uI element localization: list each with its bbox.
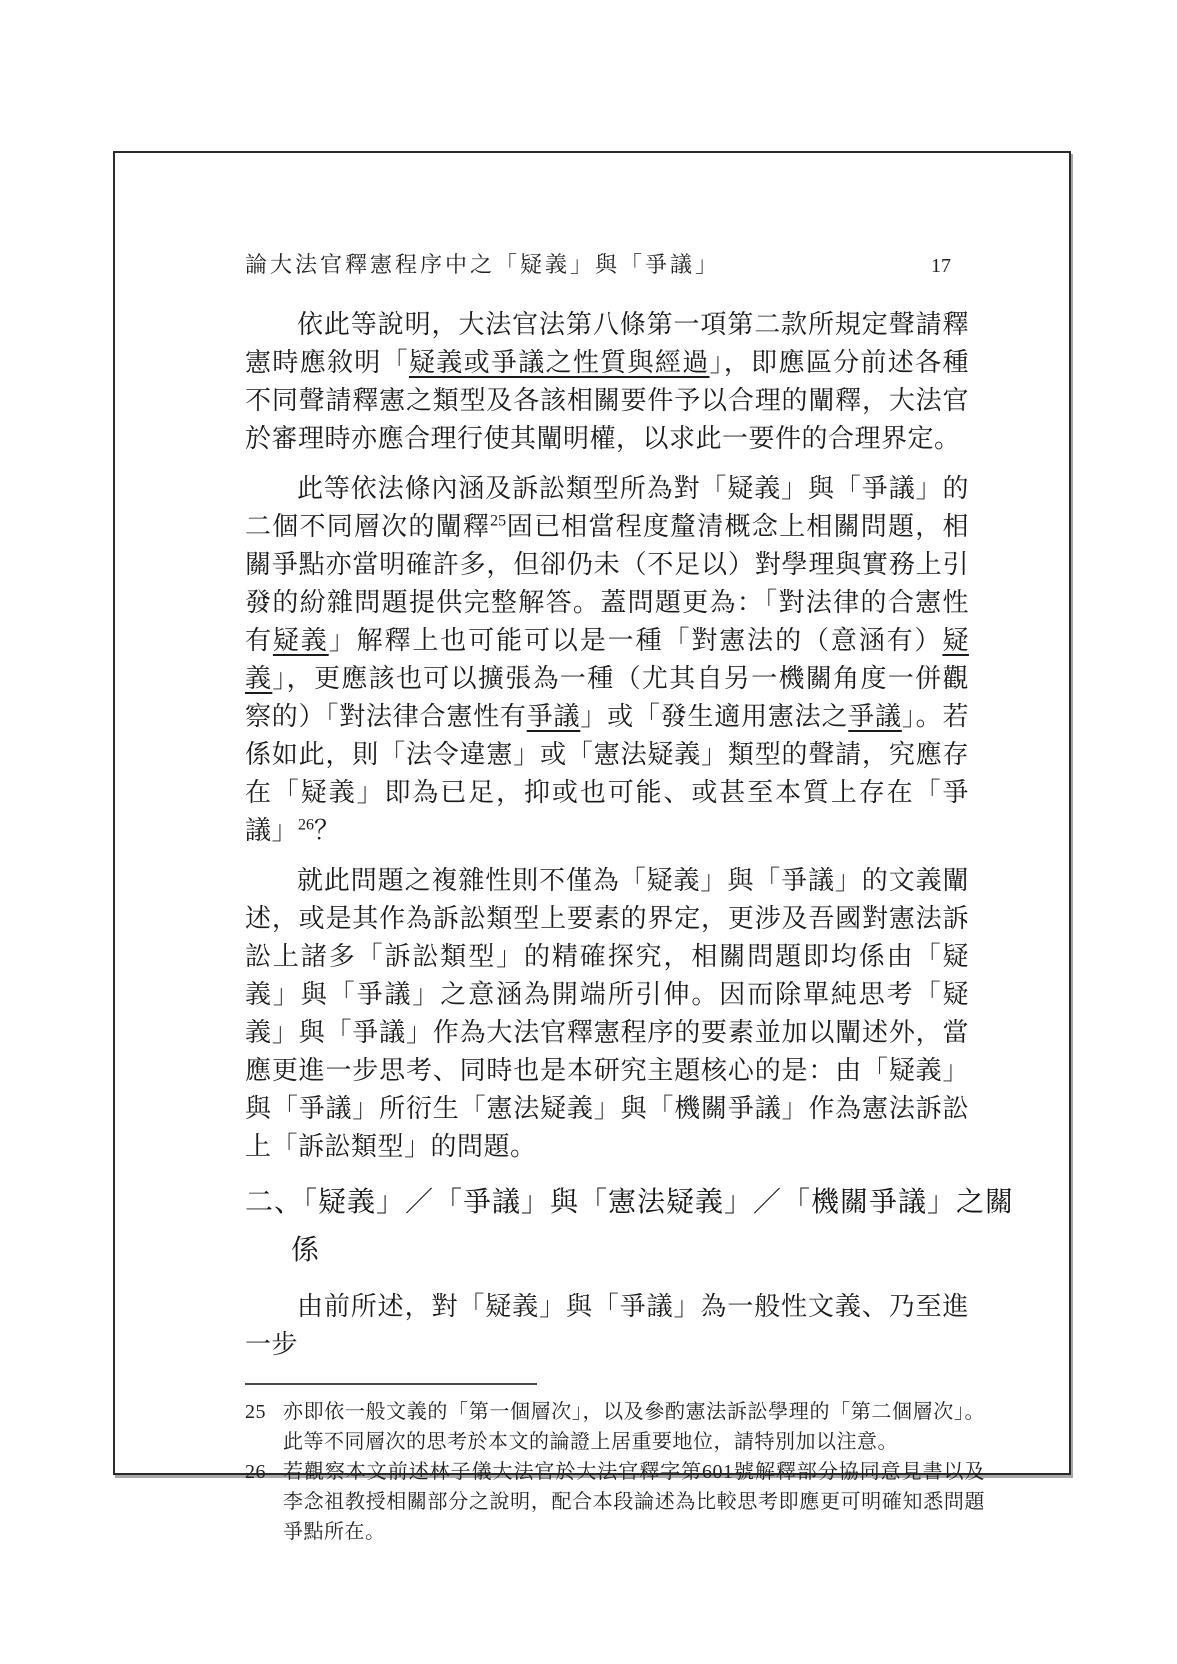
- footnote-number: 25: [245, 1397, 283, 1457]
- paragraph: 依此等說明，大法官法第八條第一項第二款所規定聲請釋憲時應敘明「疑義或爭議之性質與…: [245, 305, 969, 457]
- body-text: 依此等說明，大法官法第八條第一項第二款所規定聲請釋憲時應敘明「疑義或爭議之性質與…: [245, 305, 969, 1165]
- running-title: 論大法官釋憲程序中之「疑義」與「爭議」: [245, 248, 720, 279]
- paragraph: 此等依法條內涵及訴訟類型所為對「疑義」與「爭議」的二個不同層次的闡釋25固已相當…: [245, 469, 969, 849]
- underlined-term: 疑義或爭議之性質與經過: [409, 347, 710, 377]
- footnote: 26若觀察本文前述林子儀大法官於大法官釋字第601號解釋部分協同意見書以及李念祖…: [245, 1457, 985, 1547]
- section-heading: 二、「疑義」／「爭議」與「憲法疑義」／「機關爭議」之關係: [245, 1179, 1037, 1275]
- footnote-number: 26: [245, 1457, 283, 1547]
- text-run: 」解釋上也可能可以是一種「對憲法的（意涵有）: [329, 625, 943, 655]
- underlined-term: 疑義: [273, 625, 329, 655]
- page-number: 17: [931, 255, 951, 278]
- footnote-text: 若觀察本文前述林子儀大法官於大法官釋字第601號解釋部分協同意見書以及李念祖教授…: [283, 1457, 985, 1547]
- footnote-reference: 26: [298, 816, 314, 833]
- text-run: 就此問題之複雜性則不僅為「疑義」與「爭議」的文義闡述，或是其作為訴訟類型上要素的…: [245, 865, 969, 1161]
- page-header: 論大法官釋憲程序中之「疑義」與「爭議」 17: [245, 248, 969, 279]
- footnotes: 25亦即依一般文義的「第一個層次」，以及參酌憲法訴訟學理的「第二個層次」。此等不…: [245, 1397, 985, 1547]
- scan-background: { "header": { "title": "論大法官釋憲程序中之「疑義」與「…: [0, 0, 1177, 1664]
- page-frame: 論大法官釋憲程序中之「疑義」與「爭議」 17 依此等說明，大法官法第八條第一項第…: [113, 151, 1071, 1475]
- footnote-reference: 25: [490, 512, 506, 529]
- text-run: 」或「發生適用憲法之: [580, 701, 848, 731]
- after-heading-paragraph: 由前所述，對「疑義」與「爭議」為一般性文義、乃至進一步: [245, 1287, 969, 1363]
- footnote-separator: [245, 1383, 537, 1385]
- underlined-term: 爭議: [848, 701, 902, 731]
- paragraph: 就此問題之複雜性則不僅為「疑義」與「爭議」的文義闡述，或是其作為訴訟類型上要素的…: [245, 861, 969, 1165]
- underlined-term: 爭議: [527, 701, 581, 731]
- text-run: ？: [314, 815, 341, 845]
- footnote: 25亦即依一般文義的「第一個層次」，以及參酌憲法訴訟學理的「第二個層次」。此等不…: [245, 1397, 985, 1457]
- footnote-text: 亦即依一般文義的「第一個層次」，以及參酌憲法訴訟學理的「第二個層次」。此等不同層…: [283, 1397, 985, 1457]
